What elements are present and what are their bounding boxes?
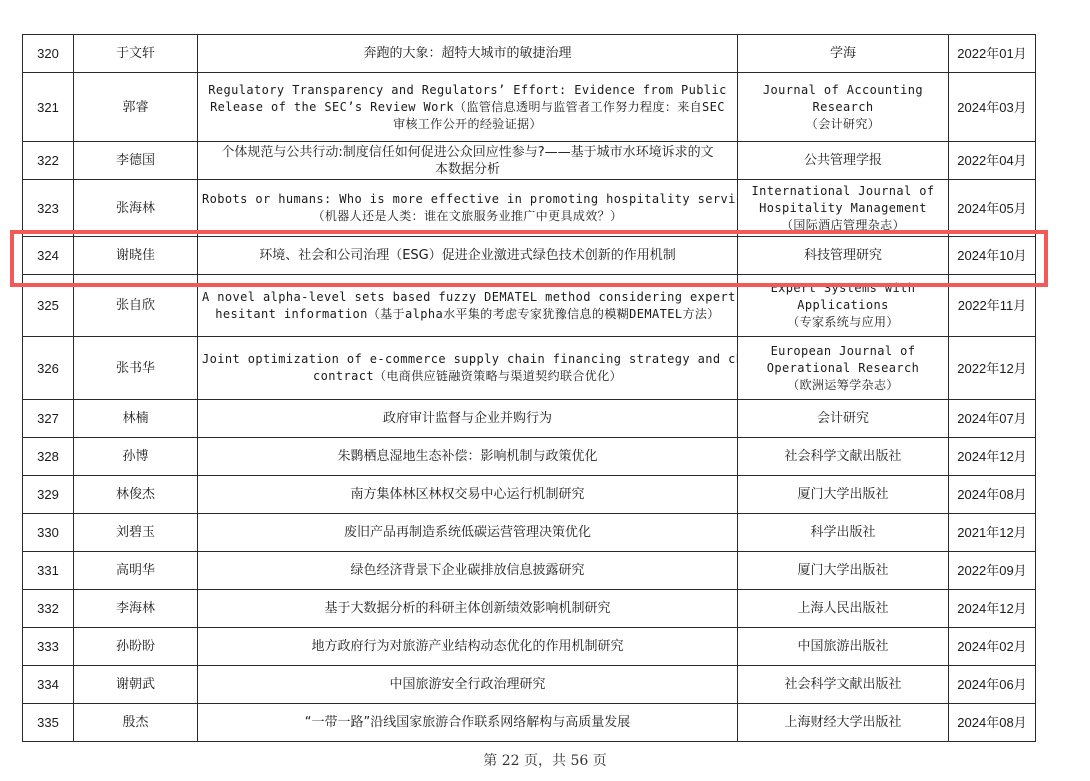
author-cell: 林楠 [74,400,198,438]
journal-cell: 中国旅游出版社 [738,628,949,666]
journal-line: 社会科学文献出版社 [742,448,944,465]
author-cell: 李德国 [74,142,198,180]
title-line: 奔跑的大象：超特大城市的敏捷治理 [202,45,733,62]
author-cell: 孙盼盼 [74,628,198,666]
row-number-cell: 331 [23,552,74,590]
row-number-cell: 330 [23,514,74,552]
table-row: 331 高明华 绿色经济背景下企业碳排放信息披露研究 厦门大学出版社 2022年… [23,552,1036,590]
title-line: 基于大数据分析的科研主体创新绩效影响机制研究 [202,600,733,617]
table-row: 325 张自欣 A novel alpha-level sets based f… [23,275,1036,337]
table-row: 333 孙盼盼 地方政府行为对旅游产业结构动态优化的作用机制研究 中国旅游出版社… [23,628,1036,666]
author-cell: 于文轩 [74,35,198,73]
journal-line: 厦门大学出版社 [742,562,944,579]
title-cell: 环境、社会和公司治理（ESG）促进企业激进式绿色技术创新的作用机制 [198,237,738,275]
journal-line: Expert Systems with [742,280,944,297]
date-cell: 2022年09月 [949,552,1036,590]
title-cell: 朱鹮栖息湿地生态补偿：影响机制与政策优化 [198,438,738,476]
table-row: 326 张书华 Joint optimization of e-commerce… [23,337,1036,400]
date-cell: 2024年12月 [949,438,1036,476]
journal-line: （国际酒店管理杂志） [742,217,944,234]
title-line: “一带一路”沿线国家旅游合作联系网络解构与高质量发展 [202,714,733,731]
row-number-cell: 323 [23,180,74,237]
journal-line: （专家系统与应用） [742,314,944,331]
title-cell: 绿色经济背景下企业碳排放信息披露研究 [198,552,738,590]
title-line: 绿色经济背景下企业碳排放信息披露研究 [202,562,733,579]
journal-line: Applications [742,297,944,314]
document-page: 320 于文轩 奔跑的大象：超特大城市的敏捷治理 学海 2022年01月 321… [0,0,1090,781]
journal-line: 学海 [742,45,944,62]
title-line: Joint optimization of e-commerce supply … [202,351,733,368]
journal-cell: 社会科学文献出版社 [738,666,949,704]
page-footer: 第 22 页，共 56 页 [0,750,1090,770]
journal-cell: 上海财经大学出版社 [738,704,949,742]
row-number-cell: 328 [23,438,74,476]
row-number-cell: 320 [23,35,74,73]
date-cell: 2024年02月 [949,628,1036,666]
date-cell: 2024年08月 [949,476,1036,514]
journal-cell: 厦门大学出版社 [738,552,949,590]
date-cell: 2022年01月 [949,35,1036,73]
table-row: 335 殷杰 “一带一路”沿线国家旅游合作联系网络解构与高质量发展 上海财经大学… [23,704,1036,742]
title-line: 朱鹮栖息湿地生态补偿：影响机制与政策优化 [202,448,733,465]
title-cell: 奔跑的大象：超特大城市的敏捷治理 [198,35,738,73]
author-cell: 谢晓佳 [74,237,198,275]
row-number-cell: 335 [23,704,74,742]
row-number-cell: 333 [23,628,74,666]
journal-cell: 科技管理研究 [738,237,949,275]
title-line: 中国旅游安全行政治理研究 [202,676,733,693]
table-row-highlighted: 324 谢晓佳 环境、社会和公司治理（ESG）促进企业激进式绿色技术创新的作用机… [23,237,1036,275]
author-cell: 刘碧玉 [74,514,198,552]
journal-line: Operational Research [742,360,944,377]
title-line: Regulatory Transparency and Regulators’ … [202,82,733,99]
title-line: 审核工作公开的经验证据） [202,116,733,133]
journal-cell: Expert Systems withApplications（专家系统与应用） [738,275,949,337]
journal-line: （欧洲运筹学杂志） [742,377,944,394]
row-number-cell: 326 [23,337,74,400]
table-row: 332 李海林 基于大数据分析的科研主体创新绩效影响机制研究 上海人民出版社 2… [23,590,1036,628]
title-line: 南方集体林区林权交易中心运行机制研究 [202,486,733,503]
date-cell: 2024年12月 [949,590,1036,628]
date-cell: 2024年06月 [949,666,1036,704]
author-cell: 林俊杰 [74,476,198,514]
title-line: 地方政府行为对旅游产业结构动态优化的作用机制研究 [202,638,733,655]
title-line: 政府审计监督与企业并购行为 [202,410,733,427]
title-cell: Regulatory Transparency and Regulators’ … [198,73,738,142]
date-cell: 2024年05月 [949,180,1036,237]
title-line: Release of the SEC’s Review Work（监管信息透明与… [202,99,733,116]
journal-line: （会计研究） [742,116,944,133]
table-row: 321 郭睿 Regulatory Transparency and Regul… [23,73,1036,142]
title-cell: 个体规范与公共行动:制度信任如何促进公众回应性参与?——基于城市水环境诉求的文本… [198,142,738,180]
date-cell: 2024年03月 [949,73,1036,142]
journal-line: 社会科学文献出版社 [742,676,944,693]
journal-cell: 公共管理学报 [738,142,949,180]
journal-line: Research [742,99,944,116]
row-number-cell: 329 [23,476,74,514]
table-row: 329 林俊杰 南方集体林区林权交易中心运行机制研究 厦门大学出版社 2024年… [23,476,1036,514]
title-cell: 南方集体林区林权交易中心运行机制研究 [198,476,738,514]
journal-cell: 会计研究 [738,400,949,438]
journal-line: 上海人民出版社 [742,600,944,617]
date-cell: 2024年07月 [949,400,1036,438]
journal-cell: 上海人民出版社 [738,590,949,628]
row-number-cell: 324 [23,237,74,275]
table-row: 334 谢朝武 中国旅游安全行政治理研究 社会科学文献出版社 2024年06月 [23,666,1036,704]
author-cell: 殷杰 [74,704,198,742]
author-cell: 孙博 [74,438,198,476]
title-cell: 基于大数据分析的科研主体创新绩效影响机制研究 [198,590,738,628]
journal-cell: 科学出版社 [738,514,949,552]
title-line: 废旧产品再制造系统低碳运营管理决策优化 [202,524,733,541]
author-cell: 李海林 [74,590,198,628]
title-line: contract（电商供应链融资策略与渠道契约联合优化） [202,368,733,385]
title-cell: “一带一路”沿线国家旅游合作联系网络解构与高质量发展 [198,704,738,742]
date-cell: 2022年11月 [949,275,1036,337]
date-cell: 2024年08月 [949,704,1036,742]
title-cell: 中国旅游安全行政治理研究 [198,666,738,704]
journal-cell: Journal of AccountingResearch（会计研究） [738,73,949,142]
table-row: 322 李德国 个体规范与公共行动:制度信任如何促进公众回应性参与?——基于城市… [23,142,1036,180]
title-line: hesitant information（基于alpha水平集的考虑专家犹豫信息… [202,306,733,323]
date-cell: 2022年04月 [949,142,1036,180]
title-line: 环境、社会和公司治理（ESG）促进企业激进式绿色技术创新的作用机制 [202,247,733,264]
row-number-cell: 332 [23,590,74,628]
title-cell: A novel alpha-level sets based fuzzy DEM… [198,275,738,337]
journal-line: 公共管理学报 [742,152,944,169]
table-row: 323 张海林 Robots or humans: Who is more ef… [23,180,1036,237]
author-cell: 郭睿 [74,73,198,142]
journal-cell: 厦门大学出版社 [738,476,949,514]
journal-line: Journal of Accounting [742,82,944,99]
publication-table: 320 于文轩 奔跑的大象：超特大城市的敏捷治理 学海 2022年01月 321… [22,34,1036,742]
journal-cell: European Journal ofOperational Research（… [738,337,949,400]
journal-line: Hospitality Management [742,200,944,217]
title-line: A novel alpha-level sets based fuzzy DEM… [202,289,733,306]
title-line: （机器人还是人类：谁在文旅服务业推广中更具成效？） [202,208,733,225]
journal-line: 科技管理研究 [742,247,944,264]
row-number-cell: 322 [23,142,74,180]
journal-line: 中国旅游出版社 [742,638,944,655]
journal-line: International Journal of [742,183,944,200]
author-cell: 张书华 [74,337,198,400]
journal-cell: 学海 [738,35,949,73]
author-cell: 高明华 [74,552,198,590]
journal-line: 厦门大学出版社 [742,486,944,503]
journal-line: 上海财经大学出版社 [742,714,944,731]
title-line: 个体规范与公共行动:制度信任如何促进公众回应性参与?——基于城市水环境诉求的文 [202,144,733,161]
row-number-cell: 334 [23,666,74,704]
table-row: 330 刘碧玉 废旧产品再制造系统低碳运营管理决策优化 科学出版社 2021年1… [23,514,1036,552]
title-cell: 政府审计监督与企业并购行为 [198,400,738,438]
row-number-cell: 321 [23,73,74,142]
author-cell: 张自欣 [74,275,198,337]
author-cell: 张海林 [74,180,198,237]
table-row: 328 孙博 朱鹮栖息湿地生态补偿：影响机制与政策优化 社会科学文献出版社 20… [23,438,1036,476]
date-cell: 2022年12月 [949,337,1036,400]
journal-line: European Journal of [742,343,944,360]
journal-line: 会计研究 [742,410,944,427]
title-cell: 地方政府行为对旅游产业结构动态优化的作用机制研究 [198,628,738,666]
table-row: 320 于文轩 奔跑的大象：超特大城市的敏捷治理 学海 2022年01月 [23,35,1036,73]
title-cell: Robots or humans: Who is more effective … [198,180,738,237]
date-cell: 2021年12月 [949,514,1036,552]
table-row: 327 林楠 政府审计监督与企业并购行为 会计研究 2024年07月 [23,400,1036,438]
journal-cell: 社会科学文献出版社 [738,438,949,476]
title-cell: 废旧产品再制造系统低碳运营管理决策优化 [198,514,738,552]
row-number-cell: 327 [23,400,74,438]
author-cell: 谢朝武 [74,666,198,704]
title-line: Robots or humans: Who is more effective … [202,191,733,208]
row-number-cell: 325 [23,275,74,337]
journal-cell: International Journal ofHospitality Mana… [738,180,949,237]
date-cell: 2024年10月 [949,237,1036,275]
journal-line: 科学出版社 [742,524,944,541]
title-line: 本数据分析 [202,161,733,178]
title-cell: Joint optimization of e-commerce supply … [198,337,738,400]
